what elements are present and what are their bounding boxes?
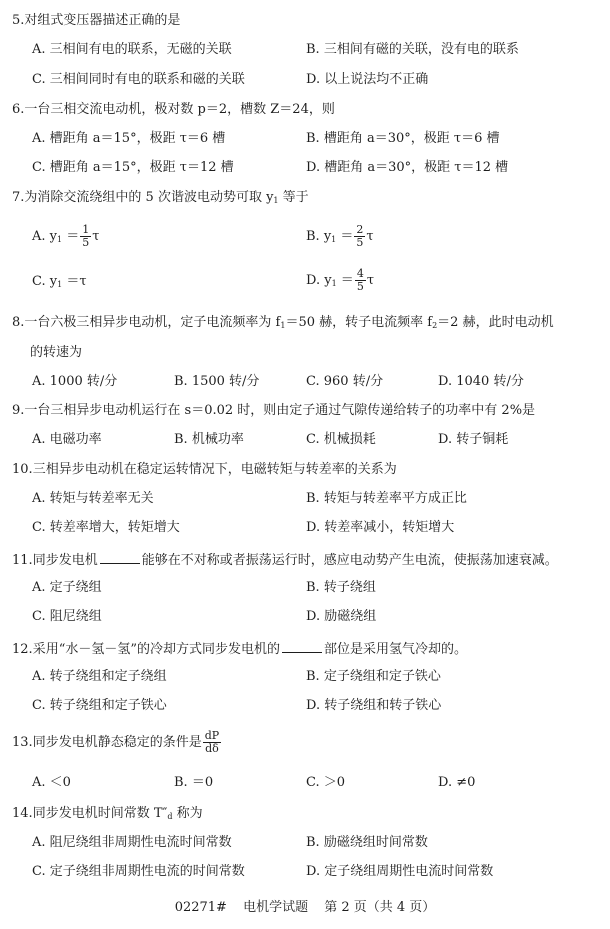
page-footer: 02271# 电机学试题 第 2 页（共 4 页） [0,900,610,916]
denominator: 5 [80,237,91,249]
q6-option-a: A. 槽距角 a＝15°，极距 τ＝6 槽 [32,131,225,147]
question-stem-mid: ＝50 赫，转子电流频率 f [285,315,432,330]
q8-option-c: C. 960 转/分 [306,374,383,390]
derivative-fraction: dPdδ [203,730,221,755]
q10-option-d: D. 转差率减小，转矩增大 [306,520,454,536]
equals: ＝ [62,229,79,244]
question-stem: 为消除交流绕组中的 5 次谐波电动势可取 y [24,190,273,205]
q13-option-c: C. ＞0 [306,775,345,791]
q10-option-c: C. 转差率增大，转矩增大 [32,520,180,536]
question-number: 13. [12,735,33,750]
question-stem-end: 部位是采用氢气冷却的。 [324,642,467,657]
q5-option-c: C. 三相间同时有电的联系和磁的关联 [32,72,245,88]
q12-option-a: A. 转子绕组和定子绕组 [32,669,167,685]
q6-option-d: D. 槽距角 a＝30°，极距 τ＝12 槽 [306,160,508,176]
question-number: 9. [12,403,24,418]
q10-option-b: B. 转矩与转差率平方成正比 [306,491,467,507]
equals: ＝ [337,273,354,288]
denominator: 5 [355,281,366,293]
question-stem-end: 等于 [279,190,309,205]
tau: τ [366,229,373,244]
question-13: 13.同步发电机静态稳定的条件是dPdδ [12,730,222,755]
q14-option-c: C. 定子绕组非周期性电流的时间常数 [32,864,245,880]
answer-blank [100,551,140,564]
denominator: dδ [203,743,221,755]
question-number: 6. [12,102,24,117]
q14-option-a: A. 阻尼绕组非周期性电流时间常数 [32,835,232,851]
question-9: 9.一台三相异步电动机运行在 s＝0.02 时，则由定子通过气隙传递给转子的功率… [12,403,535,419]
answer-blank [282,640,322,653]
q7-option-a: A. y1 ＝15τ [32,224,99,249]
exam-title: 电机学试题 [243,900,308,915]
question-5: 5.对组式变压器描述正确的是 [12,13,180,29]
q5-option-b: B. 三相间有磁的关联，没有电的联系 [306,42,519,58]
question-14: 14.同步发电机时间常数 T″d 称为 [12,806,203,825]
option-label: B. y [306,229,331,244]
question-stem: 对组式变压器描述正确的是 [24,13,180,28]
fraction: 25 [354,224,365,249]
q12-option-d: D. 转子绕组和转子铁心 [306,698,441,714]
q11-option-c: C. 阻尼绕组 [32,609,102,625]
q13-option-d: D. ≠0 [438,775,475,791]
tau: τ [367,273,374,288]
q7-option-c: C. y1 ＝τ [32,274,87,293]
q12-option-b: B. 定子绕组和定子铁心 [306,669,441,685]
option-label: A. y [32,229,57,244]
question-stem-end: ＝2 赫，此时电动机 [437,315,553,330]
q7-option-b: B. y1 ＝25τ [306,224,374,249]
fraction: 45 [355,268,366,293]
q14-option-d: D. 定子绕组周期性电流时间常数 [306,864,493,880]
q13-option-b: B. ＝0 [174,775,213,791]
question-stem: 同步发电机时间常数 T″ [33,806,168,821]
tau: τ [92,229,99,244]
question-number: 12. [12,642,33,657]
exam-code: 02271# [175,900,227,915]
question-stem: 三相异步电动机在稳定运转情况下，电磁转矩与转差率的关系为 [33,462,397,477]
q10-option-a: A. 转矩与转差率无关 [32,491,154,507]
question-12: 12.采用“水－氢－氢”的冷却方式同步发电机的部位是采用氢气冷却的。 [12,640,467,658]
q14-option-b: B. 励磁绕组时间常数 [306,835,428,851]
q8-option-b: B. 1500 转/分 [174,374,259,390]
q5-option-a: A. 三相间有电的联系，无磁的关联 [32,42,232,58]
question-stem: 一台六极三相异步电动机，定子电流频率为 f [24,315,280,330]
q9-option-a: A. 电磁功率 [32,432,102,448]
question-number: 11. [12,553,33,568]
q6-option-c: C. 槽距角 a＝15°，极距 τ＝12 槽 [32,160,234,176]
q7-option-d: D. y1 ＝45τ [306,268,374,293]
q8-option-a: A. 1000 转/分 [32,374,117,390]
question-stem: 一台三相交流电动机，极对数 p＝2，槽数 Z＝24，则 [24,102,334,117]
q8-option-d: D. 1040 转/分 [438,374,524,390]
q11-option-d: D. 励磁绕组 [306,609,376,625]
question-number: 10. [12,462,33,477]
question-number: 7. [12,190,24,205]
q12-option-c: C. 转子绕组和定子铁心 [32,698,167,714]
question-number: 8. [12,315,24,330]
page-number: 第 2 页（共 4 页） [324,900,435,915]
fraction: 15 [80,224,91,249]
q9-option-b: B. 机械功率 [174,432,244,448]
question-stem: 同步发电机静态稳定的条件是 [33,735,202,750]
question-7: 7.为消除交流绕组中的 5 次谐波电动势可取 y1 等于 [12,190,309,209]
q5-option-d: D. 以上说法均不正确 [306,72,428,88]
question-stem: 同步发电机 [33,553,98,568]
q8-stem-line2: 的转速为 [30,345,82,361]
question-stem-end: 能够在不对称或者振荡运行时，感应电动势产生电流，使振荡加速衰减。 [142,553,558,568]
question-number: 5. [12,13,24,28]
question-6: 6.一台三相交流电动机，极对数 p＝2，槽数 Z＝24，则 [12,102,335,118]
option-label: C. y [32,274,57,289]
q11-option-b: B. 转子绕组 [306,580,376,596]
q13-option-a: A. ＜0 [32,775,71,791]
question-number: 14. [12,806,33,821]
question-stem: 一台三相异步电动机运行在 s＝0.02 时，则由定子通过气隙传递给转子的功率中有… [24,403,535,418]
denominator: 5 [354,237,365,249]
equals: ＝ [336,229,353,244]
q11-option-a: A. 定子绕组 [32,580,102,596]
equals: ＝τ [62,274,86,289]
question-stem-end: 称为 [172,806,202,821]
question-8: 8.一台六极三相异步电动机，定子电流频率为 f1＝50 赫，转子电流频率 f2＝… [12,315,554,334]
question-11: 11.同步发电机能够在不对称或者振荡运行时，感应电动势产生电流，使振荡加速衰减。 [12,551,558,569]
q6-option-b: B. 槽距角 a＝30°，极距 τ＝6 槽 [306,131,499,147]
question-stem: 采用“水－氢－氢”的冷却方式同步发电机的 [33,642,280,657]
q9-option-c: C. 机械损耗 [306,432,376,448]
question-10: 10.三相异步电动机在稳定运转情况下，电磁转矩与转差率的关系为 [12,462,397,478]
option-label: D. y [306,273,332,288]
q9-option-d: D. 转子铜耗 [438,432,508,448]
